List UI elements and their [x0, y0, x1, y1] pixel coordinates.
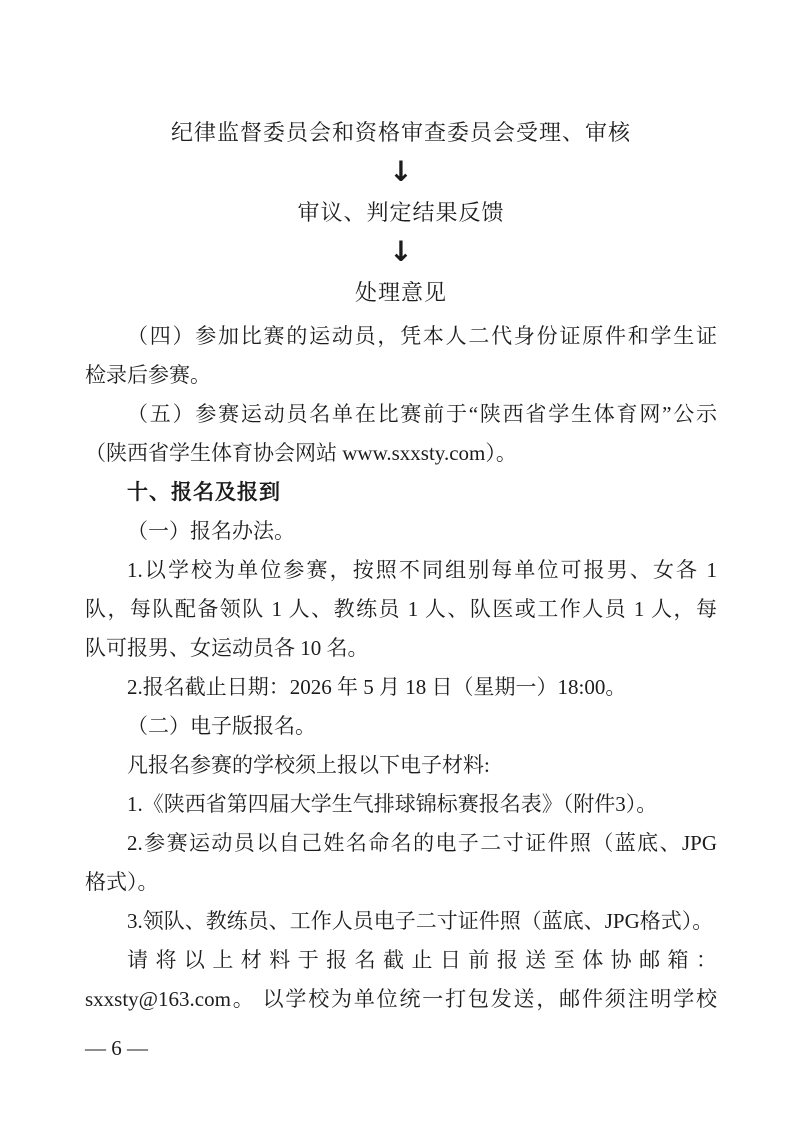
text-line: （一）报名办法。 — [85, 512, 717, 551]
text-line: 1.《陕西省第四届大学生气排球锦标赛报名表》（附件3）。 — [85, 785, 717, 824]
flowchart-step: 纪律监督委员会和资格审查委员会受理、审核 — [85, 113, 717, 153]
section-heading-registration: 十、报名及报到 — [85, 473, 717, 512]
down-arrow-icon: ↓ — [85, 153, 717, 193]
flowchart: 纪律监督委员会和资格审查委员会受理、审核↓审议、判定结果反馈↓处理意见 — [85, 113, 717, 313]
text-line: sxxsty@163.com。 以学校为单位统一打包发送，邮件须注明学校 — [85, 980, 717, 1019]
text-line: 请将以上材料于报名截止日前报送至体协邮箱： — [85, 941, 717, 980]
text-line: （五）参赛运动员名单在比赛前于“陕西省学生体育网”公示 — [85, 395, 717, 434]
text-line: （四）参加比赛的运动员，凭本人二代身份证原件和学生证 — [85, 317, 717, 356]
body-text: （四）参加比赛的运动员，凭本人二代身份证原件和学生证检录后参赛。（五）参赛运动员… — [85, 317, 717, 1019]
text-line: 格式）。 — [85, 863, 717, 902]
text-line: （陕西省学生体育协会网站 www.sxxsty.com）。 — [85, 434, 717, 473]
page-footer: — 6 — — [85, 1036, 148, 1060]
text-line: 凡报名参赛的学校须上报以下电子材料: — [85, 746, 717, 785]
flowchart-step: 审议、判定结果反馈 — [85, 193, 717, 233]
text-line: 1.以学校为单位参赛，按照不同组别每单位可报男、女各 1 — [85, 551, 717, 590]
text-line: （二）电子版报名。 — [85, 707, 717, 746]
page-number: — 6 — — [85, 1036, 148, 1060]
text-line: 3.领队、教练员、工作人员电子二寸证件照（蓝底、JPG格式）。 — [85, 902, 717, 941]
document-page: 纪律监督委员会和资格审查委员会受理、审核↓审议、判定结果反馈↓处理意见 （四）参… — [0, 0, 800, 1131]
text-line: 2.参赛运动员以自己姓名命名的电子二寸证件照（蓝底、JPG — [85, 824, 717, 863]
down-arrow-icon: ↓ — [85, 233, 717, 273]
text-line: 2.报名截止日期：2026 年 5 月 18 日（星期一）18:00。 — [85, 668, 717, 707]
text-line: 队，每队配备领队 1 人、教练员 1 人、队医或工作人员 1 人，每 — [85, 590, 717, 629]
text-line: 检录后参赛。 — [85, 356, 717, 395]
text-line: 队可报男、女运动员各 10 名。 — [85, 629, 717, 668]
flowchart-step: 处理意见 — [85, 273, 717, 313]
